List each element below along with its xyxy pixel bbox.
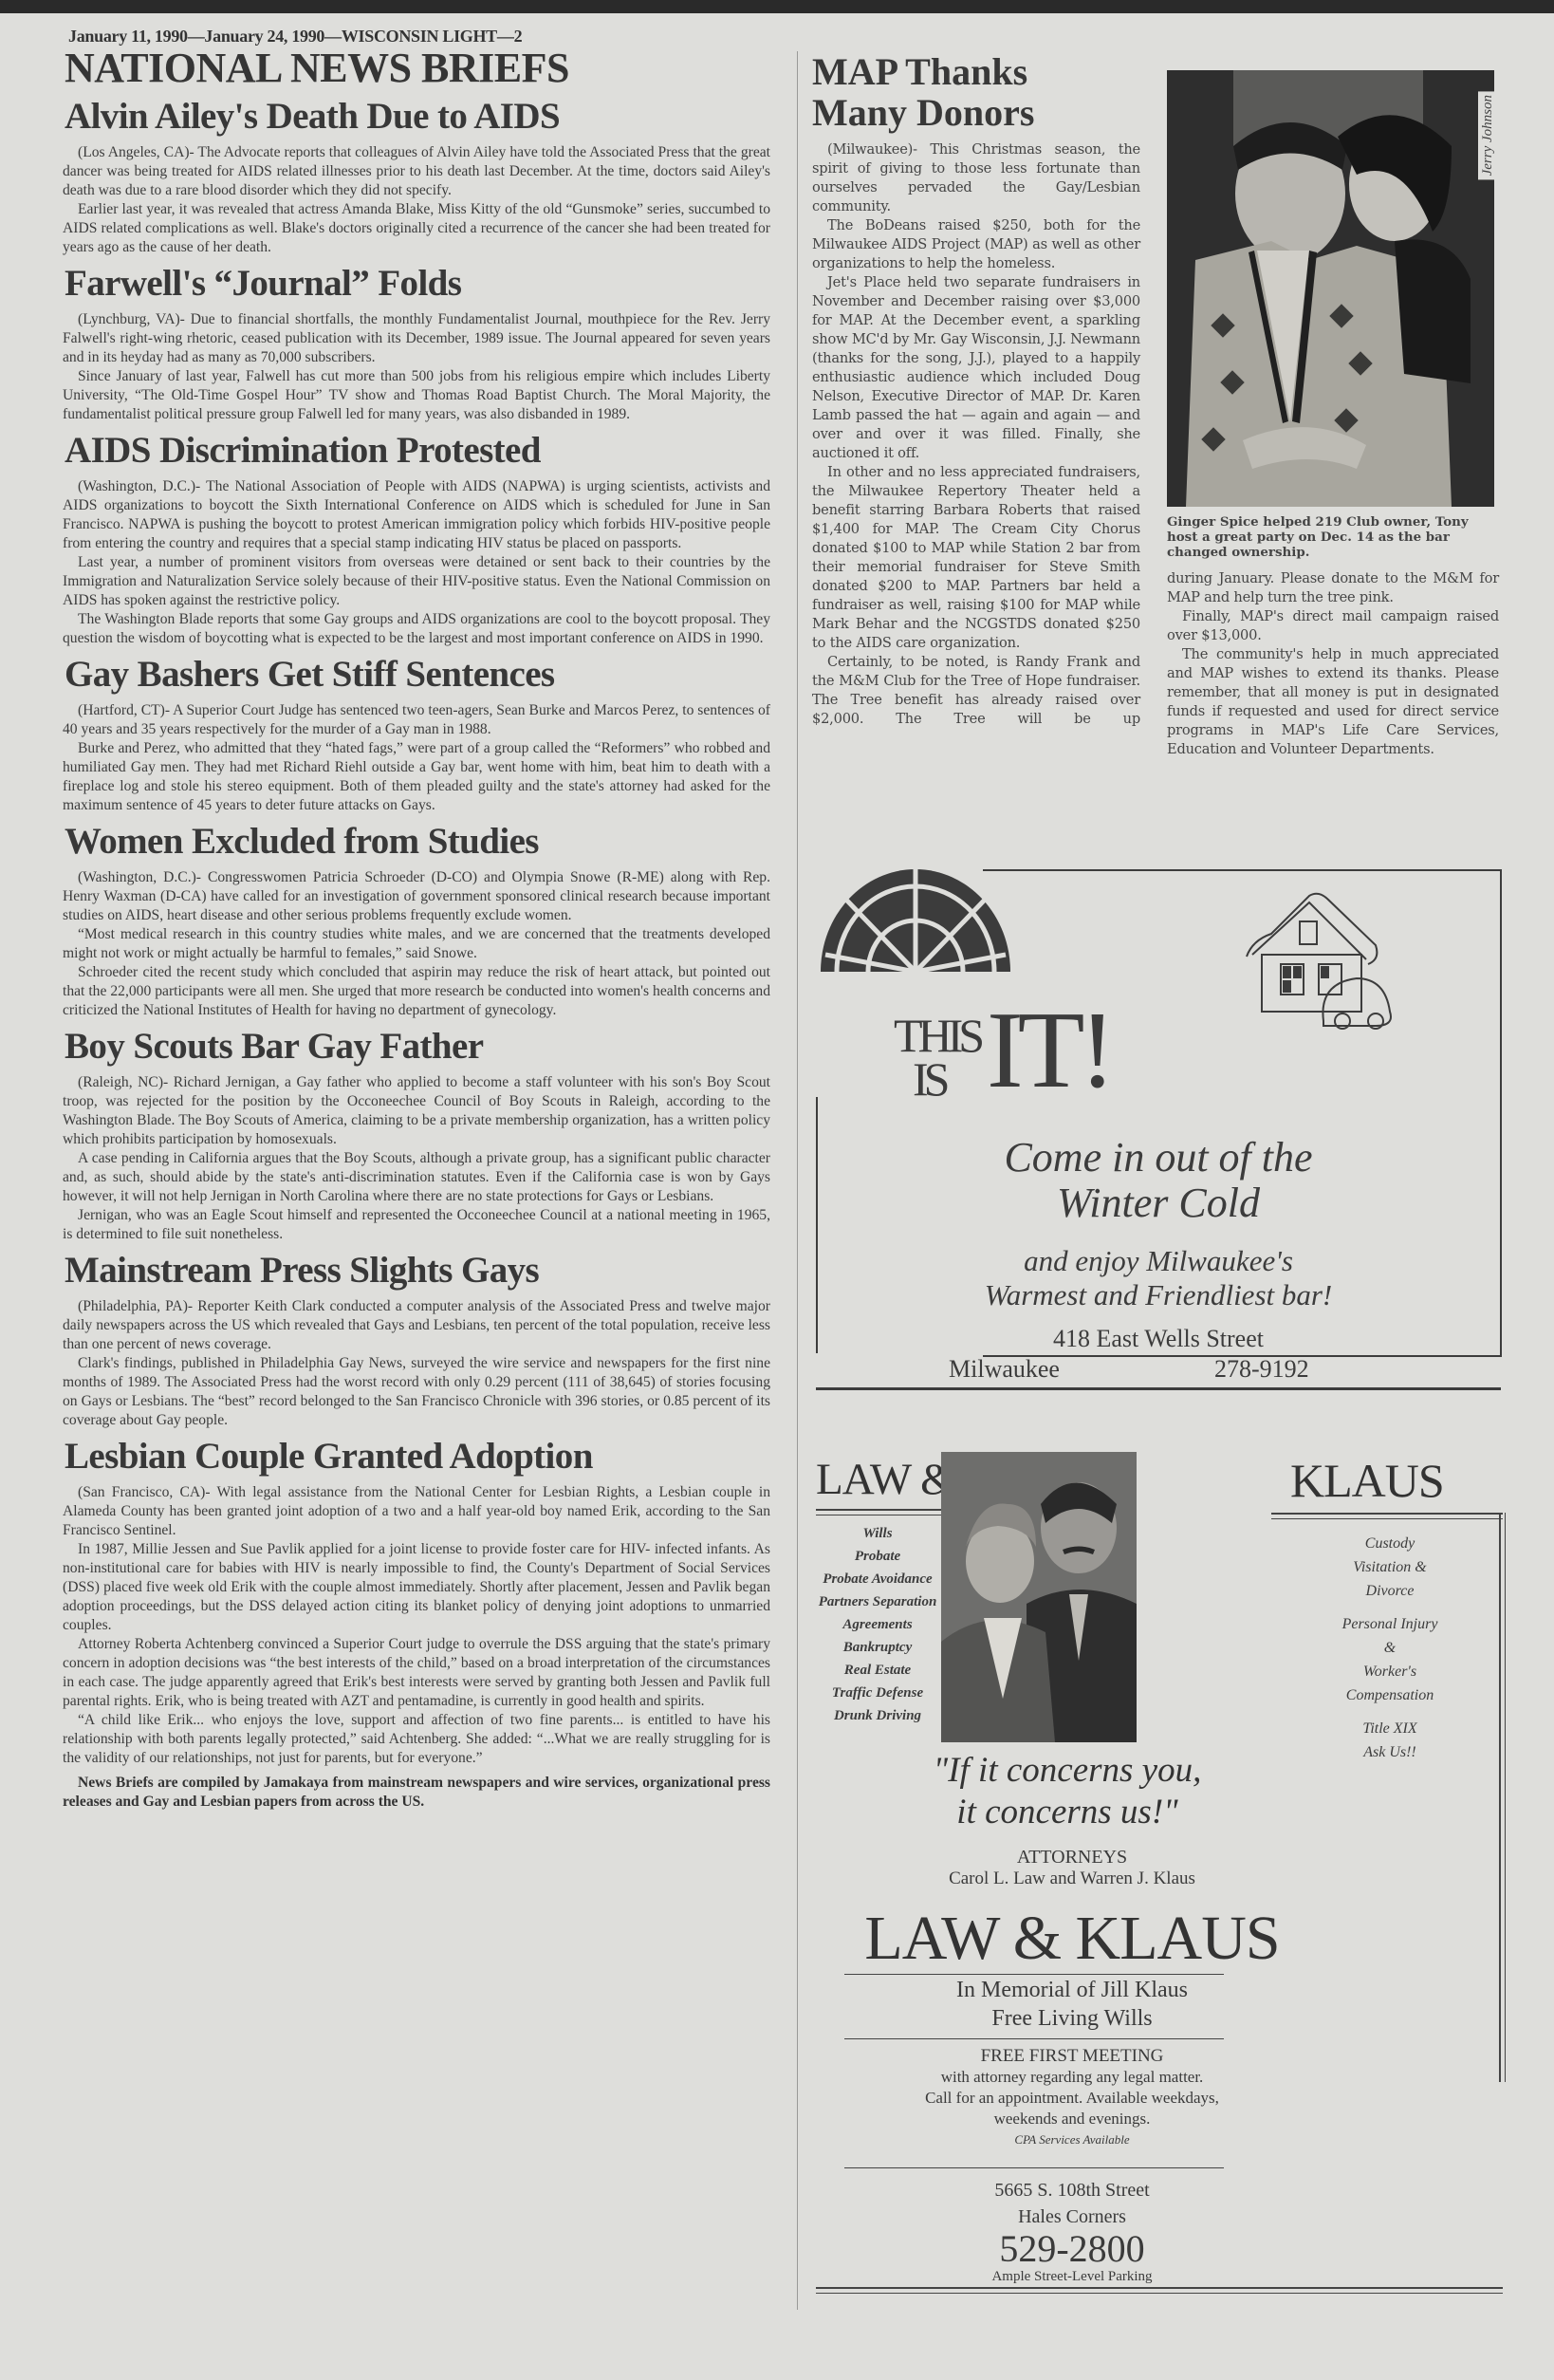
service-item: Probate Avoidance <box>816 1568 939 1590</box>
news-briefs-column: January 11, 1990—January 24, 1990—WISCON… <box>63 23 770 1812</box>
news-story: Women Excluded from Studies(Washington, … <box>63 821 770 1020</box>
service-item: Custody <box>1290 1532 1489 1555</box>
story-paragraph: (Washington, D.C.)- The National Associa… <box>63 477 770 553</box>
bar-phone: 278-9192 <box>1214 1355 1309 1384</box>
divider-1 <box>844 1974 1224 1975</box>
slogan-line-2: Winter Cold <box>816 1181 1501 1226</box>
news-story: Mainstream Press Slights Gays(Philadelph… <box>63 1250 770 1430</box>
office-city: Hales Corners <box>816 2203 1328 2230</box>
news-story: Boy Scouts Bar Gay Father(Raleigh, NC)- … <box>63 1026 770 1244</box>
service-item: Worker's <box>1290 1660 1489 1683</box>
cpa-services: CPA Services Available <box>816 2129 1328 2150</box>
service-item: & <box>1290 1636 1489 1660</box>
story-headline: AIDS Discrimination Protested <box>65 430 770 472</box>
memorial-block: In Memorial of Jill Klaus Free Living Wi… <box>816 1976 1328 2033</box>
free-line-3: weekends and evenings. <box>816 2109 1328 2129</box>
story-headline: Lesbian Couple Granted Adoption <box>65 1436 770 1478</box>
service-item: Bankruptcy <box>816 1636 939 1659</box>
firm-name: LAW & KLAUS <box>816 1906 1328 1972</box>
news-story: AIDS Discrimination Protested(Washington… <box>63 430 770 648</box>
ad-slogan-main: Come in out of the Winter Cold <box>816 1135 1501 1226</box>
story-headline: Farwell's “Journal” Folds <box>65 263 770 305</box>
parking-note: Ample Street-Level Parking <box>816 2268 1328 2285</box>
map-paragraph: The BoDeans raised $250, both for the Mi… <box>812 216 1140 273</box>
map-headline: MAP Thanks Many Donors <box>812 51 1140 133</box>
service-item: Ask Us!! <box>1290 1740 1489 1764</box>
map-story: MAP Thanks Many Donors (Milwaukee)- This… <box>812 51 1140 729</box>
photo-ginger-spice-tony: Jerry Johnson <box>1167 70 1494 507</box>
ad-frame-right <box>1499 1513 1506 2082</box>
slogan-line-1: Come in out of the <box>816 1135 1501 1181</box>
story-paragraph: Last year, a number of prominent visitor… <box>63 553 770 610</box>
story-paragraph: “A child like Erik... who enjoys the lov… <box>63 1711 770 1768</box>
story-paragraph: (Hartford, CT)- A Superior Court Judge h… <box>63 701 770 739</box>
bar-address: 418 East Wells Street <box>816 1325 1501 1353</box>
service-item: Divorce <box>1290 1579 1489 1603</box>
header-rule-right <box>1271 1513 1503 1519</box>
story-paragraph: The Washington Blade reports that some G… <box>63 610 770 648</box>
quote-line-2: it concerns us!" <box>911 1792 1224 1833</box>
tagline-quote: "If it concerns you, it concerns us!" <box>911 1750 1224 1833</box>
bar-city: Milwaukee <box>949 1355 1060 1384</box>
spacer <box>1290 1603 1489 1612</box>
quote-line-1: "If it concerns you, <box>911 1750 1224 1792</box>
section-title: NATIONAL NEWS BRIEFS <box>65 46 770 90</box>
this-is-it-logo: THIS IS IT! <box>894 1002 1102 1116</box>
service-item: Wills <box>816 1522 939 1545</box>
scan-top-border <box>0 0 1554 13</box>
attorneys-block: ATTORNEYS Carol L. Law and Warren J. Kla… <box>816 1847 1328 1890</box>
divider-3 <box>844 2167 1224 2168</box>
map-continued-paragraph: Finally, MAP's direct mail campaign rais… <box>1167 607 1499 645</box>
map-continued-paragraph: during January. Please donate to the M&M… <box>1167 569 1499 607</box>
story-headline: Boy Scouts Bar Gay Father <box>65 1026 770 1068</box>
service-item: Probate <box>816 1545 939 1568</box>
slogan-line-3: and enjoy Milwaukee's <box>816 1244 1501 1278</box>
story-paragraph: Clark's findings, published in Philadelp… <box>63 1354 770 1430</box>
services-list-right: CustodyVisitation &DivorcePersonal Injur… <box>1290 1532 1489 1764</box>
photo-illustration <box>1167 70 1494 507</box>
portrait-illustration <box>941 1452 1137 1742</box>
service-item: Traffic Defense <box>816 1682 939 1704</box>
ad-bottom-rule <box>816 1387 1501 1390</box>
story-paragraph: (Washington, D.C.)- Congresswomen Patric… <box>63 868 770 925</box>
story-paragraph: Schroeder cited the recent study which c… <box>63 963 770 1020</box>
story-headline: Mainstream Press Slights Gays <box>65 1250 770 1292</box>
slogan-line-4: Warmest and Friendliest bar! <box>816 1278 1501 1312</box>
logo-is: IS <box>913 1057 945 1101</box>
header-rule-left <box>816 1509 941 1515</box>
map-paragraph: Certainly, to be noted, is Randy Frank a… <box>812 653 1140 729</box>
story-paragraph: (Los Angeles, CA)- The Advocate reports … <box>63 143 770 200</box>
service-item: Compensation <box>1290 1683 1489 1707</box>
service-item: Partners Separation <box>816 1590 939 1613</box>
map-paragraph: In other and no less appreciated fundrai… <box>812 463 1140 653</box>
map-paragraph: (Milwaukee)- This Christmas season, the … <box>812 140 1140 216</box>
klaus-heading: KLAUS <box>1290 1456 1444 1505</box>
free-line-2: Call for an appointment. Available weekd… <box>816 2088 1328 2109</box>
map-headline-line2: Many Donors <box>812 92 1140 133</box>
attorneys-label: ATTORNEYS <box>816 1847 1328 1868</box>
story-headline: Gay Bashers Get Stiff Sentences <box>65 654 770 696</box>
story-paragraph: Attorney Roberta Achtenberg convinced a … <box>63 1635 770 1711</box>
map-photo-column: Jerry Johnson Ginger Spice helped 219 Cl… <box>1167 70 1508 759</box>
attorneys-portrait <box>941 1452 1137 1742</box>
service-item: Drunk Driving <box>816 1704 939 1727</box>
story-paragraph: (Raleigh, NC)- Richard Jernigan, a Gay f… <box>63 1073 770 1149</box>
photo-credit: Jerry Johnson <box>1478 91 1494 179</box>
news-story: Alvin Ailey's Death Due to AIDS(Los Ange… <box>63 96 770 257</box>
story-paragraph: Earlier last year, it was revealed that … <box>63 200 770 257</box>
law-amp-heading: LAW & <box>816 1456 954 1503</box>
news-story: Lesbian Couple Granted Adoption(San Fran… <box>63 1436 770 1768</box>
story-headline: Alvin Ailey's Death Due to AIDS <box>65 96 770 138</box>
stories-list: Alvin Ailey's Death Due to AIDS(Los Ange… <box>63 96 770 1768</box>
story-paragraph: (San Francisco, CA)- With legal assistan… <box>63 1483 770 1540</box>
newspaper-page: January 11, 1990—January 24, 1990—WISCON… <box>0 13 1554 2380</box>
memorial-line-2: Free Living Wills <box>816 2004 1328 2033</box>
dateline: January 11, 1990—January 24, 1990—WISCON… <box>68 27 770 46</box>
compiled-by-note: News Briefs are compiled by Jamakaya fro… <box>63 1774 770 1812</box>
story-paragraph: Burke and Perez, who admitted that they … <box>63 739 770 815</box>
story-paragraph: “Most medical research in this country s… <box>63 925 770 963</box>
this-is-it-ad: THIS IS IT! Come in out of the Winter Co… <box>816 860 1501 1353</box>
logo-this: THIS <box>894 1013 980 1057</box>
news-story: Farwell's “Journal” Folds(Lynchburg, VA)… <box>63 263 770 424</box>
story-paragraph: Since January of last year, Falwell has … <box>63 367 770 424</box>
service-item: Personal Injury <box>1290 1612 1489 1636</box>
news-story: Gay Bashers Get Stiff Sentences(Hartford… <box>63 654 770 815</box>
spacer <box>1290 1707 1489 1717</box>
office-location: 5665 S. 108th Street Hales Corners 529-2… <box>816 2177 1328 2285</box>
map-paragraphs: (Milwaukee)- This Christmas season, the … <box>812 140 1140 729</box>
snowy-house-car-icon <box>1233 888 1404 1031</box>
services-list-left: WillsProbateProbate AvoidancePartners Se… <box>816 1522 939 1727</box>
story-headline: Women Excluded from Studies <box>65 821 770 863</box>
fanlight-window-icon <box>816 860 1015 974</box>
memorial-line-1: In Memorial of Jill Klaus <box>816 1976 1328 2004</box>
map-paragraph: Jet's Place held two separate fundraiser… <box>812 273 1140 463</box>
free-meeting-heading: FREE FIRST MEETING <box>816 2046 1328 2067</box>
attorneys-names: Carol L. Law and Warren J. Klaus <box>816 1868 1328 1890</box>
story-paragraph: (Lynchburg, VA)- Due to financial shortf… <box>63 310 770 367</box>
service-item: Real Estate <box>816 1659 939 1682</box>
photo-caption: Ginger Spice helped 219 Club owner, Tony… <box>1167 514 1499 560</box>
office-street: 5665 S. 108th Street <box>816 2177 1328 2203</box>
logo-it: IT! <box>987 998 1110 1103</box>
law-klaus-ad: LAW & KLAUS WillsProbateProbate Avoidanc… <box>816 1456 1501 2120</box>
free-line-1: with attorney regarding any legal matter… <box>816 2067 1328 2088</box>
story-paragraph: A case pending in California argues that… <box>63 1149 770 1206</box>
service-item: Visitation & <box>1290 1555 1489 1579</box>
column-divider <box>797 51 798 2310</box>
service-item: Title XIX <box>1290 1717 1489 1740</box>
divider-2 <box>844 2038 1224 2039</box>
map-continued-paragraphs: during January. Please donate to the M&M… <box>1167 569 1499 759</box>
free-meeting-block: FREE FIRST MEETING with attorney regardi… <box>816 2046 1328 2150</box>
story-paragraph: (Philadelphia, PA)- Reporter Keith Clark… <box>63 1297 770 1354</box>
map-headline-line1: MAP Thanks <box>812 51 1140 92</box>
ad-bottom-rule <box>816 2287 1503 2294</box>
story-paragraph: In 1987, Millie Jessen and Sue Pavlik ap… <box>63 1540 770 1635</box>
ad-slogan-sub: and enjoy Milwaukee's Warmest and Friend… <box>816 1244 1501 1312</box>
service-item: Agreements <box>816 1613 939 1636</box>
story-paragraph: Jernigan, who was an Eagle Scout himself… <box>63 1206 770 1244</box>
map-continued-paragraph: The community's help in much appreciated… <box>1167 645 1499 759</box>
office-phone: 529-2800 <box>816 2230 1328 2268</box>
